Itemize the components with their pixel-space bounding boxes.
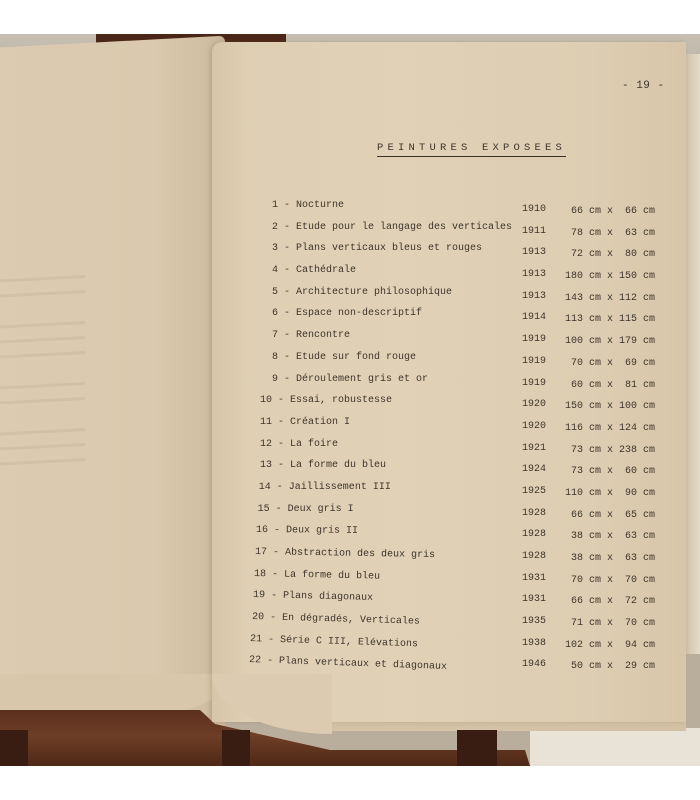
painting-year: 1921 [522, 443, 546, 454]
painting-dimensions: 102 cm x 94 cm [565, 640, 655, 651]
painting-dimensions: 66 cm x 65 cm [571, 510, 655, 521]
painting-dimensions: 110 cm x 90 cm [565, 488, 655, 499]
painting-year: 1914 [522, 312, 546, 323]
bottom-margin [0, 766, 700, 800]
painting-year: 1938 [522, 638, 546, 649]
stand-leg [0, 730, 28, 770]
painting-dimensions: 73 cm x 60 cm [571, 466, 655, 477]
page-title: PEINTURES EXPOSEES [377, 142, 566, 157]
painting-title: 1 - Nocturne [272, 200, 344, 211]
painting-year: 1913 [522, 269, 546, 280]
painting-title: 6 - Espace non-descriptif [272, 308, 422, 319]
painting-title: 9 - Déroulement gris et or [272, 374, 428, 385]
painting-title: 13 - La forme du bleu [260, 460, 386, 471]
stand-leg [222, 730, 250, 770]
painting-title: 17 - Abstraction des deux gris [255, 547, 435, 561]
painting-row: 22 - Plans verticaux et diagonaux194650 … [230, 659, 660, 681]
right-page-gutter-curl [212, 674, 332, 734]
painting-year: 1928 [522, 529, 546, 540]
painting-title: 4 - Cathédrale [272, 265, 356, 276]
painting-year: 1919 [522, 356, 546, 367]
painting-year: 1910 [522, 204, 546, 215]
painting-dimensions: 70 cm x 69 cm [571, 358, 655, 369]
painting-title: 7 - Rencontre [272, 330, 350, 341]
painting-year: 1911 [522, 226, 546, 237]
painting-year: 1913 [522, 291, 546, 302]
painting-title: 11 - Création I [260, 417, 350, 428]
painting-dimensions: 113 cm x 115 cm [565, 314, 655, 325]
painting-title: 19 - Plans diagonaux [253, 590, 373, 604]
painting-dimensions: 38 cm x 63 cm [571, 531, 655, 542]
painting-year: 1928 [522, 508, 546, 519]
painting-title: 15 - Deux gris I [258, 504, 354, 515]
painting-dimensions: 66 cm x 66 cm [571, 206, 655, 217]
painting-title: 16 - Deux gris II [256, 525, 358, 537]
stand-leg [457, 730, 497, 770]
painting-title: 18 - La forme du bleu [254, 569, 380, 583]
painting-title: 10 - Essai, robustesse [260, 395, 392, 406]
painting-dimensions: 60 cm x 81 cm [571, 380, 655, 391]
painting-year: 1931 [522, 594, 546, 605]
painting-dimensions: 143 cm x 112 cm [565, 293, 655, 304]
painting-title: 3 - Plans verticaux bleus et rouges [272, 243, 482, 254]
painting-dimensions: 150 cm x 100 cm [565, 401, 655, 412]
painting-year: 1935 [522, 616, 546, 627]
table-surface [530, 728, 700, 766]
painting-year: 1928 [522, 551, 546, 562]
paintings-list: 1 - Nocturne191066 cm x 66 cm2 - Etude p… [230, 204, 660, 681]
painting-title: 5 - Architecture philosophique [272, 287, 452, 298]
page-stack-edge [684, 54, 700, 654]
painting-dimensions: 100 cm x 179 cm [565, 336, 655, 347]
painting-year: 1920 [522, 421, 546, 432]
painting-title: 8 - Etude sur fond rouge [272, 352, 416, 363]
painting-year: 1946 [522, 659, 546, 670]
painting-title: 12 - La foire [260, 439, 338, 450]
painting-dimensions: 70 cm x 70 cm [571, 575, 655, 586]
painting-year: 1919 [522, 378, 546, 389]
painting-dimensions: 72 cm x 80 cm [571, 249, 655, 260]
left-page [0, 36, 225, 738]
painting-year: 1919 [522, 334, 546, 345]
painting-dimensions: 38 cm x 63 cm [571, 553, 655, 564]
painting-year: 1924 [522, 464, 546, 475]
painting-year: 1920 [522, 399, 546, 410]
painting-dimensions: 116 cm x 124 cm [565, 423, 655, 434]
painting-title: 14 - Jaillissement III [259, 482, 391, 493]
painting-dimensions: 66 cm x 72 cm [571, 596, 655, 607]
painting-dimensions: 71 cm x 70 cm [571, 618, 655, 629]
painting-year: 1931 [522, 573, 546, 584]
painting-title: 2 - Etude pour le langage des verticales [272, 222, 512, 233]
painting-dimensions: 78 cm x 63 cm [571, 228, 655, 239]
painting-dimensions: 50 cm x 29 cm [571, 661, 655, 672]
page-number: - 19 - [622, 80, 665, 92]
painting-year: 1913 [522, 247, 546, 258]
painting-dimensions: 73 cm x 238 cm [571, 445, 655, 456]
bleed-through-text [0, 262, 100, 478]
painting-year: 1925 [522, 486, 546, 497]
painting-dimensions: 180 cm x 150 cm [565, 271, 655, 282]
